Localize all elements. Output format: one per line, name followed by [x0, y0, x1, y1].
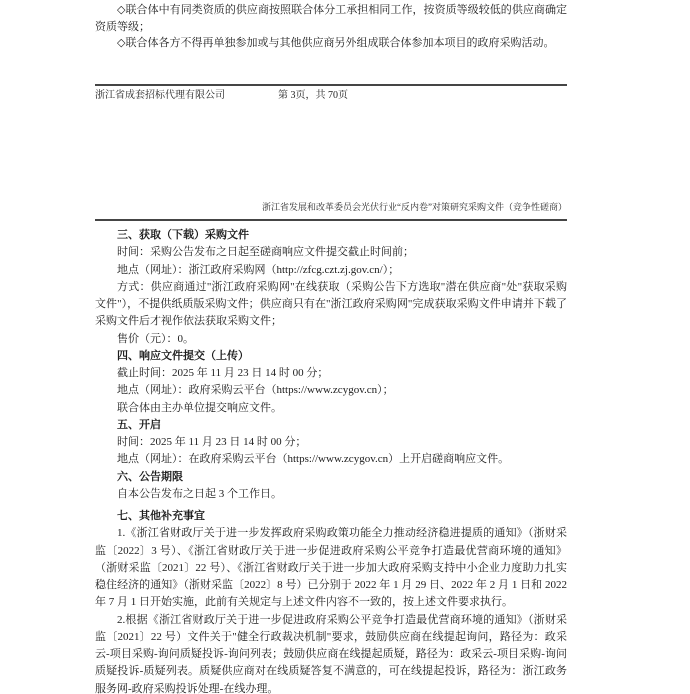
paragraph: 1.《浙江省财政厅关于进一步发挥政府采购政策功能全力推动经济稳进提质的通知》（浙… — [95, 525, 567, 611]
paragraph: 地点（网址）：政府采购云平台（https://www.zcygov.cn）； — [95, 382, 567, 399]
section-heading: 三、获取（下载）采购文件 — [95, 227, 567, 244]
paragraph: 联合体由主办单位提交响应文件。 — [95, 400, 567, 417]
page-body: 三、获取（下载）采购文件 时间：采购公告发布之日起至磋商响应文件提交截止时间前；… — [95, 227, 567, 694]
footer-rule — [95, 84, 567, 86]
paragraph: 2.根据《浙江省财政厅关于进一步促进政府采购公平竞争打造最优营商环境的通知》（浙… — [95, 612, 567, 694]
section-heading: 七、其他补充事宜 — [95, 508, 567, 525]
paragraph: 地点（网址）：在政府采购云平台（https://www.zcygov.cn）上开… — [95, 451, 567, 468]
paragraph: ◇联合体中有同类资质的供应商按照联合体分工承担相同工作，按资质等级较低的供应商确… — [95, 2, 567, 35]
page-header: 浙江省发展和改革委员会光伏行业“反内卷”对策研究采购文件（竞争性磋商） — [95, 201, 567, 213]
section-heading: 四、响应文件提交（上传） — [95, 348, 567, 365]
document-page: ◇联合体中有同类资质的供应商按照联合体分工承担相同工作，按资质等级较低的供应商确… — [0, 0, 690, 694]
paragraph: 时间：2025 年 11 月 23 日 14 时 00 分； — [95, 434, 567, 451]
paragraph: 自本公告发布之日起 3 个工作日。 — [95, 486, 567, 503]
section-heading: 五、开启 — [95, 417, 567, 434]
header-rule — [95, 219, 567, 221]
paragraph: 地点（网址）：浙江政府采购网（http://zfcg.czt.zj.gov.cn… — [95, 262, 567, 279]
paragraph: 截止时间：2025 年 11 月 23 日 14 时 00 分； — [95, 365, 567, 382]
paragraph: 时间：采购公告发布之日起至磋商响应文件提交截止时间前； — [95, 244, 567, 261]
paragraph: ◇联合体各方不得再单独参加或与其他供应商另外组成联合体参加本项目的政府采购活动。 — [95, 35, 567, 52]
section-heading: 六、公告期限 — [95, 469, 567, 486]
previous-page-body: ◇联合体中有同类资质的供应商按照联合体分工承担相同工作，按资质等级较低的供应商确… — [95, 2, 567, 52]
paragraph: 方式：供应商通过"浙江政府采购网"在线获取（采购公告下方选取"潜在供应商"处"获… — [95, 279, 567, 331]
footer-company-name: 浙江省成套招标代理有限公司 — [95, 90, 225, 101]
footer-page-number: 第 3页，共 70页 — [278, 89, 348, 103]
page-footer: 浙江省成套招标代理有限公司 第 3页，共 70页 — [95, 89, 567, 103]
paragraph: 售价（元）：0。 — [95, 331, 567, 348]
